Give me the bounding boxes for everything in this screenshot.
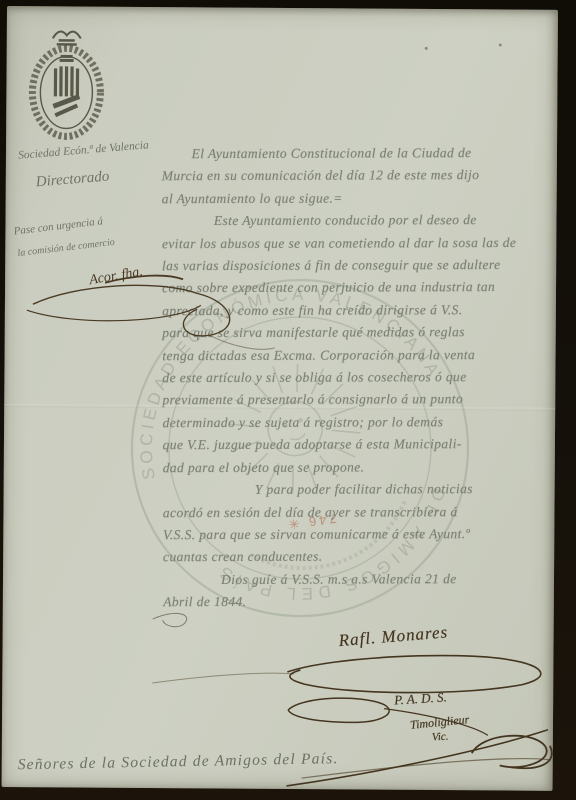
paper-speck	[425, 47, 428, 50]
letter-line: Y para poder facilitar dichas noticias	[163, 478, 565, 502]
letter-line: V.S.S. para que se sirvan comunicarme á …	[163, 523, 565, 547]
letter-line: al Ayuntamiento lo que sigue.=	[162, 187, 564, 211]
letter-body: El Ayuntamiento Constitucional de la Ciu…	[162, 142, 566, 614]
letter-line: tenga dictadas esa Excma. Corporación pa…	[162, 343, 564, 367]
letter-line: evitar los abusos que se van cometiendo …	[162, 231, 564, 255]
letter-line: Dios guíe á V.S.S. m.s a.s Valencia 21 d…	[163, 568, 565, 592]
principal-signature: Rafl. Monares	[338, 622, 449, 651]
margin-note-line1: Pase con urgencia á	[13, 215, 104, 237]
letter-line: que V.E. juzgue pueda adoptarse á esta M…	[163, 433, 565, 457]
letter-line: Abril de 1844.	[163, 590, 565, 614]
letter-line: determinado y se sujeta á registro; por …	[163, 411, 565, 435]
letter-line: Murcia en su comunicación del día 12 de …	[162, 164, 564, 188]
letter-line: para que se sirva manifestarle qué medid…	[162, 321, 564, 345]
secretary-signature: Timoliglieur	[409, 712, 470, 733]
letter-line: apreciada, y como este fin ha creído dir…	[162, 299, 564, 323]
letter-line: de este artículo y si se obliga á los co…	[162, 366, 564, 390]
margin-rubric: Acor. fha.	[88, 264, 144, 289]
margin-header-line1: Sociedad Ecón.ª de Valencia	[18, 139, 149, 161]
signature-formula: P. A. D. S.	[394, 689, 448, 708]
letter-line: Este Ayuntamiento conducido por el deseo…	[162, 209, 564, 233]
secretary-title: Vic.	[432, 731, 449, 744]
scan-background: SOCIEDAD ECONÓMICA VALENCIANA DE AMIGOS …	[0, 0, 576, 800]
embossed-crest-seal-icon	[22, 22, 111, 143]
document-page: SOCIEDAD ECONÓMICA VALENCIANA DE AMIGOS …	[2, 6, 558, 791]
closing-address: Señores de la Sociedad de Amigos del Paí…	[18, 750, 339, 774]
letter-line: cuantas crean conducentes.	[163, 545, 565, 569]
margin-header-line2: Directorado	[35, 169, 110, 192]
margin-note-line2: la comisión de comercio	[17, 237, 115, 259]
letter-line: dad para el objeto que se propone.	[163, 455, 565, 479]
letter-line: las varias disposiciones á fin de conseg…	[162, 254, 564, 278]
letter-line: acordó en sesión del día de ayer se tran…	[163, 500, 565, 524]
letter-line: como sobre expediente con perjuicio de u…	[162, 276, 564, 300]
paper-speck	[499, 43, 502, 46]
letter-line: El Ayuntamiento Constitucional de la Ciu…	[162, 142, 564, 166]
